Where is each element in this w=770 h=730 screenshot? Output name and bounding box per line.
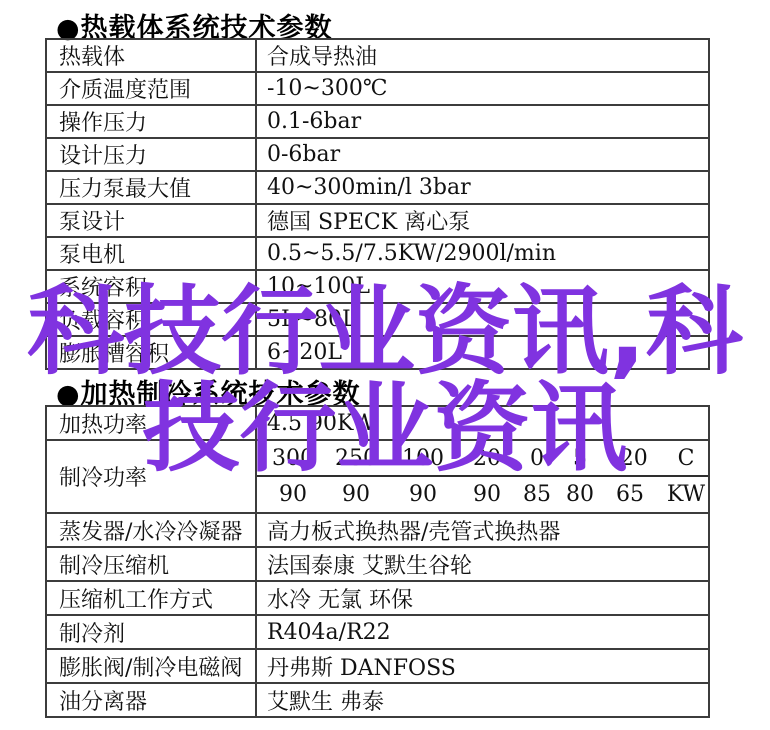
row-label: 介质温度范围 xyxy=(46,72,256,105)
power-value: 85 xyxy=(515,482,559,507)
watermark-line2: 技行业资讯 xyxy=(0,380,770,477)
row-label: 热载体 xyxy=(46,39,256,72)
row-value: 合成导热油 xyxy=(256,39,709,72)
row-value: 40~300min/l 3bar xyxy=(256,171,709,204)
power-unit: KW xyxy=(659,482,709,507)
power-value: 65 xyxy=(601,482,659,507)
table-row: 蒸发器/水冷冷凝器 高力板式换热器/壳管式换热器 xyxy=(46,513,709,547)
power-value: 90 xyxy=(459,482,515,507)
row-label: 制冷压缩机 xyxy=(46,547,256,581)
table-row: 设计压力 0-6bar xyxy=(46,138,709,171)
row-label: 泵电机 xyxy=(46,237,256,270)
table-row: 制冷剂 R404a/R22 xyxy=(46,615,709,649)
row-label: 操作压力 xyxy=(46,105,256,138)
row-value: 水冷 无氯 环保 xyxy=(256,581,709,615)
table-row: 压缩机工作方式 水冷 无氯 环保 xyxy=(46,581,709,615)
row-label: 设计压力 xyxy=(46,138,256,171)
row-label: 压缩机工作方式 xyxy=(46,581,256,615)
row-label: 压力泵最大值 xyxy=(46,171,256,204)
row-value: 法国泰康 艾默生谷轮 xyxy=(256,547,709,581)
document-page: ●热载体系统技术参数 热载体 合成导热油 介质温度范围 -10~300℃ 操作压… xyxy=(0,0,770,730)
table-row: 热载体 合成导热油 xyxy=(46,39,709,72)
row-value: 艾默生 弗泰 xyxy=(256,683,709,717)
row-value: 德国 SPECK 离心泵 xyxy=(256,204,709,237)
row-label: 膨胀阀/制冷电磁阀 xyxy=(46,649,256,683)
table-row: 泵电机 0.5~5.5/7.5KW/2900l/min xyxy=(46,237,709,270)
table-row: 制冷压缩机 法国泰康 艾默生谷轮 xyxy=(46,547,709,581)
table-row: 油分离器 艾默生 弗泰 xyxy=(46,683,709,717)
row-value: -10~300℃ xyxy=(256,72,709,105)
power-value: 90 xyxy=(387,482,459,507)
row-value: 0.1-6bar xyxy=(256,105,709,138)
row-value: 丹弗斯 DANFOSS xyxy=(256,649,709,683)
table-row: 压力泵最大值 40~300min/l 3bar xyxy=(46,171,709,204)
row-label: 蒸发器/水冷冷凝器 xyxy=(46,513,256,547)
table-row: 泵设计 德国 SPECK 离心泵 xyxy=(46,204,709,237)
row-label: 油分离器 xyxy=(46,683,256,717)
row-label: 制冷剂 xyxy=(46,615,256,649)
watermark-text: 科技行业资讯,科 技行业资讯 xyxy=(0,283,770,477)
row-value: 0.5~5.5/7.5KW/2900l/min xyxy=(256,237,709,270)
power-value: 90 xyxy=(261,482,325,507)
power-value: 80 xyxy=(559,482,601,507)
row-value: R404a/R22 xyxy=(256,615,709,649)
table-row: 膨胀阀/制冷电磁阀 丹弗斯 DANFOSS xyxy=(46,649,709,683)
table-row: 操作压力 0.1-6bar xyxy=(46,105,709,138)
power-value: 90 xyxy=(325,482,387,507)
row-label: 泵设计 xyxy=(46,204,256,237)
watermark-line1: 科技行业资讯,科 xyxy=(0,283,770,380)
table-row: 介质温度范围 -10~300℃ xyxy=(46,72,709,105)
row-value: 0-6bar xyxy=(256,138,709,171)
row-value: 高力板式换热器/壳管式换热器 xyxy=(256,513,709,547)
